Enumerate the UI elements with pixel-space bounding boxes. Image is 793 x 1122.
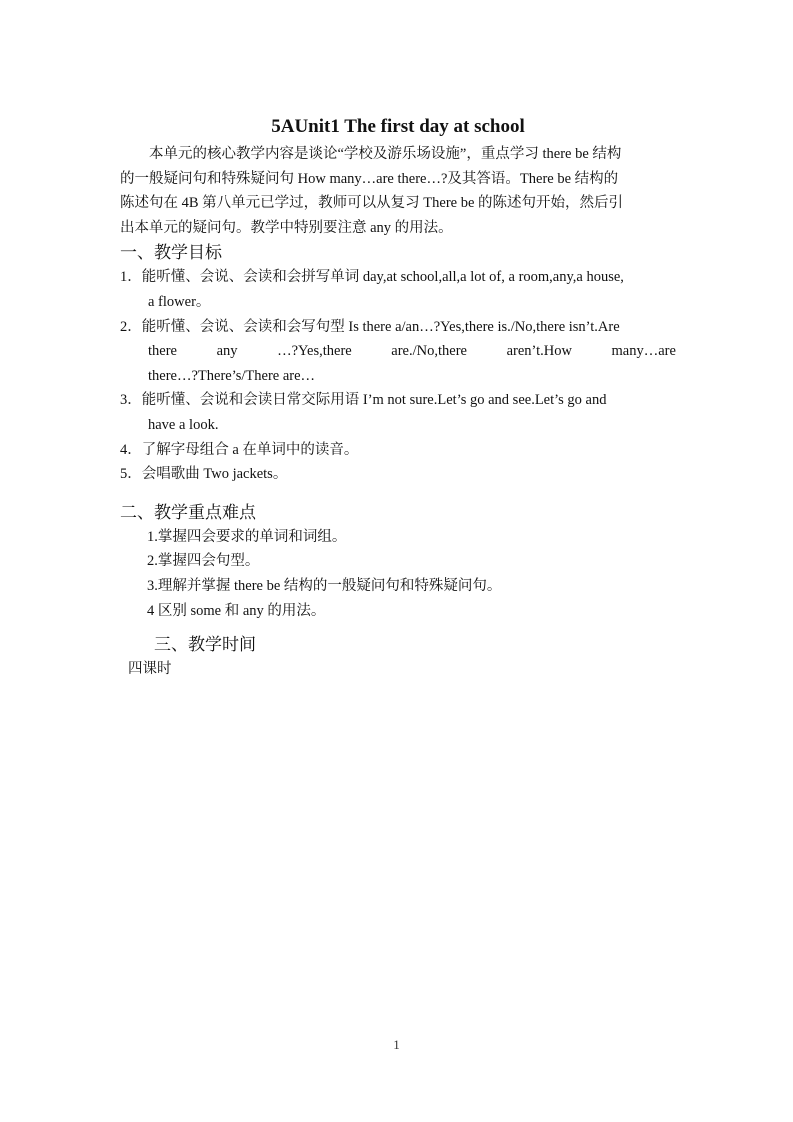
goal-item-5: 5．会唱歌曲 Two jackets。 (120, 462, 676, 487)
goal-item-1-line-2: a flower。 (120, 290, 676, 315)
keypoint-item-3: 3.理解并掌握 there be 结构的一般疑问句和特殊疑问句。 (120, 574, 676, 599)
keypoint-item-1: 1.掌握四会要求的单词和词组。 (120, 525, 676, 550)
section-time-heading: 三、教学时间 (120, 632, 676, 657)
intro-line-3: 陈述句在 4B 第八单元已学过，教师可以从复习 There be 的陈述句开始，… (120, 191, 676, 216)
goal-item-4: 4．了解字母组合 a 在单词中的读音。 (120, 438, 676, 463)
justified-word: many…are (612, 339, 676, 364)
keypoints-list: 1.掌握四会要求的单词和词组。 2.掌握四会句型。 3.理解并掌握 there … (120, 525, 676, 623)
section-goals-heading: 一、教学目标 (120, 240, 676, 265)
justified-word: aren’t.How (507, 339, 572, 364)
page-title: 5AUnit1 The first day at school (120, 114, 676, 140)
goal-item-3-line-2: have a look. (120, 413, 676, 438)
keypoint-item-2: 2.掌握四会句型。 (120, 549, 676, 574)
time-text: 四课时 (120, 657, 676, 682)
document-page: 5AUnit1 The first day at school 本单元的核心教学… (0, 0, 793, 1122)
goal-item-1-line-1: 1．能听懂、会说、会读和会拼写单词 day,at school,all,a lo… (120, 265, 676, 290)
intro-line-2: 的一般疑问句和特殊疑问句 How many…are there…?及其答语。Th… (120, 167, 676, 192)
document-content: 5AUnit1 The first day at school 本单元的核心教学… (120, 114, 676, 682)
intro-line-4: 出本单元的疑问句。教学中特别要注意 any 的用法。 (120, 216, 676, 241)
goals-list: 1．能听懂、会说、会读和会拼写单词 day,at school,all,a lo… (120, 265, 676, 486)
intro-line-1: 本单元的核心教学内容是谈论“学校及游乐场设施”，重点学习 there be 结构 (120, 142, 676, 167)
justified-word: are./No,there (391, 339, 467, 364)
justified-word: there (148, 339, 177, 364)
justified-word: …?Yes,there (277, 339, 352, 364)
goal-item-2-line-2: there any …?Yes,there are./No,there aren… (120, 339, 676, 364)
page-number: 1 (0, 1037, 793, 1053)
intro-paragraph: 本单元的核心教学内容是谈论“学校及游乐场设施”，重点学习 there be 结构… (120, 142, 676, 240)
section-keypoints-heading: 二、教学重点难点 (120, 500, 676, 525)
keypoint-item-4: 4 区别 some 和 any 的用法。 (120, 599, 676, 624)
goal-item-2-line-1: 2．能听懂、会说、会读和会写句型 Is there a/an…?Yes,ther… (120, 315, 676, 340)
goal-item-3-line-1: 3．能听懂、会说和会读日常交际用语 I’m not sure.Let’s go … (120, 388, 676, 413)
justified-word: any (217, 339, 238, 364)
goal-item-2-line-3: there…?There’s/There are… (120, 364, 676, 389)
